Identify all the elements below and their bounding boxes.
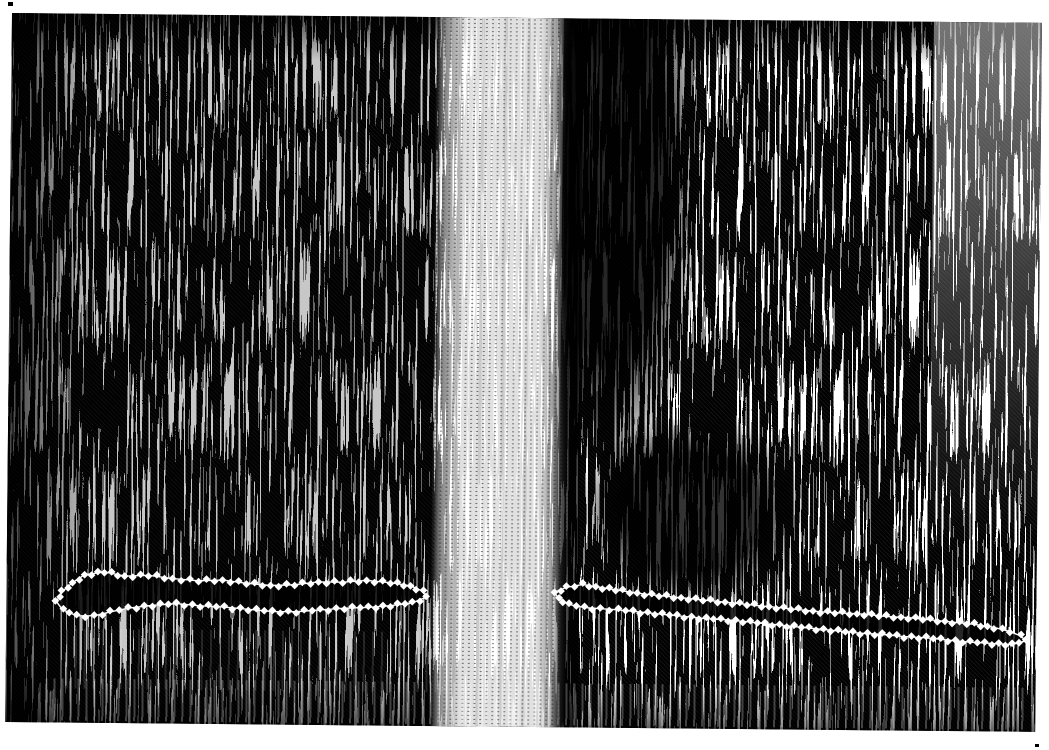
registration-dot-bottom-right: [1035, 744, 1039, 747]
left-panel-tracked-outline: [51, 567, 430, 624]
registration-dot-top-left: [8, 2, 13, 6]
contour-annotations: [5, 13, 1042, 732]
scanned-photo: [5, 13, 1042, 732]
page: [0, 0, 1049, 750]
right-panel-tracked-outline: [550, 579, 1030, 650]
